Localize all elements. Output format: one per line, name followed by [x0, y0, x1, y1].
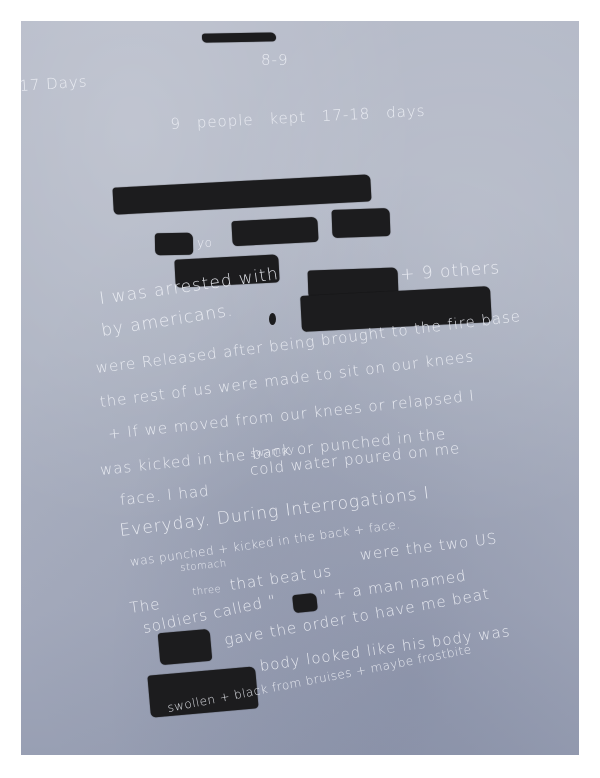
page-marker: 8-9 — [261, 51, 289, 69]
text-insertion-three: three — [192, 584, 222, 598]
redaction-bar — [231, 217, 318, 246]
text-line-11a: The — [128, 595, 161, 617]
redaction-bar — [158, 629, 213, 665]
text-line-11b: that beat us — [228, 562, 333, 594]
subtitle: 9 people kept 17-18 days — [170, 102, 426, 133]
text-line-2: by americans. — [100, 300, 235, 341]
redaction-bar — [332, 208, 391, 238]
text-line-1b: + 9 others — [400, 258, 501, 285]
punch-hole — [269, 313, 276, 325]
left-note: 17 Days — [19, 72, 88, 95]
redaction-bar — [292, 593, 318, 613]
redaction-bar — [112, 174, 371, 214]
text-line-7a: face. I had — [119, 482, 210, 509]
redaction-bar-top — [202, 32, 276, 42]
redacted-fragment: yo — [197, 236, 212, 250]
redacted-document-page: 8-9 17 Days 9 people kept 17-18 days yo … — [21, 21, 579, 755]
redaction-bar — [155, 233, 193, 256]
text-line-11c: were the two US — [359, 529, 498, 564]
